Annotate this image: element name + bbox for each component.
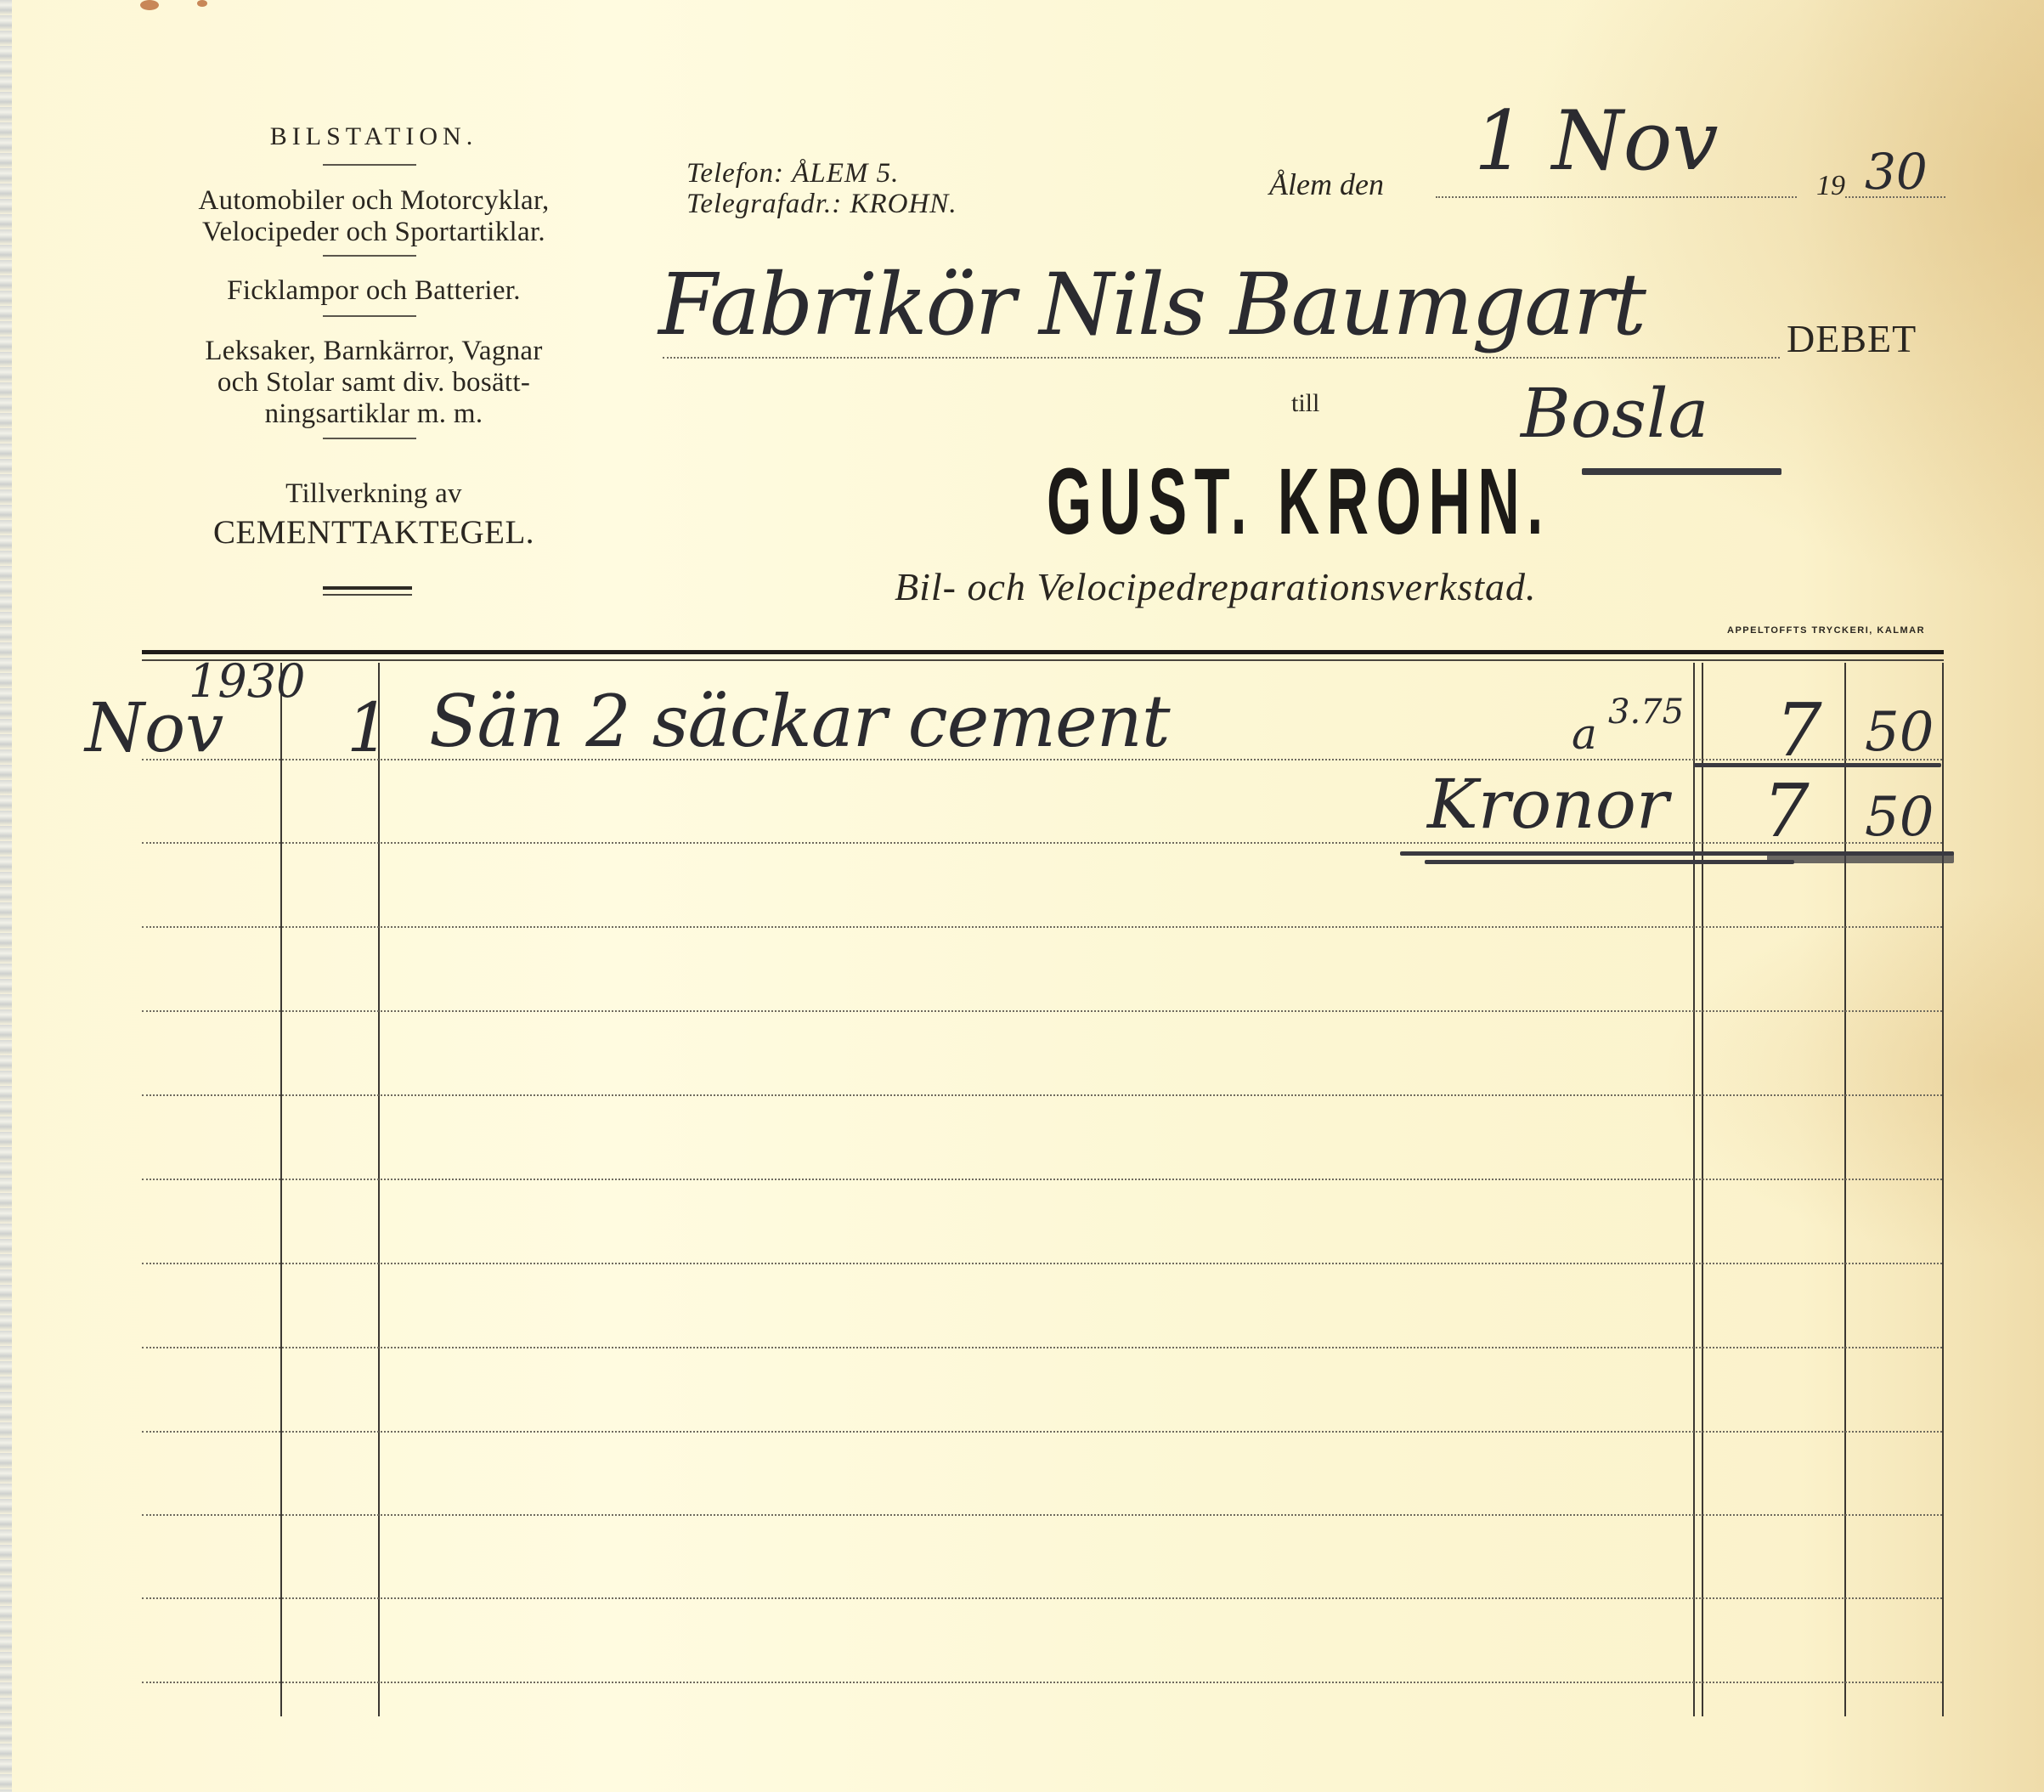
separator (323, 438, 416, 439)
company-subtitle: Bil- och Velocipedreparationsverkstad. (895, 564, 1537, 609)
ledger-row-line (142, 926, 1942, 928)
total-label-handwritten: Kronor (1427, 765, 1669, 844)
letterhead-left: BILSTATION. Automobiler och Motorcyklar,… (144, 0, 603, 612)
separator (323, 255, 416, 257)
torn-paper-edge (0, 0, 12, 1792)
ledger-row-line (142, 842, 1942, 844)
ledger-row-line (142, 1682, 1942, 1683)
column-divider-description-kronor (1693, 663, 1695, 1716)
unit-price: 3.75 (1608, 692, 1684, 732)
double-separator (323, 586, 412, 596)
total-ore: 50 (1865, 786, 1934, 849)
total-underline-2 (1425, 860, 1794, 864)
separator (323, 164, 416, 166)
ledger-row-line (142, 1514, 1942, 1516)
invoice-document: BILSTATION. Automobiler och Motorcyklar,… (0, 0, 2044, 1792)
amount-kronor: 7 (1776, 688, 1822, 773)
cementtaktegel-label: CEMENTTAKTEGEL. (144, 513, 603, 551)
ledger-row-line (142, 1010, 1942, 1012)
date-handwritten: 1 Nov (1474, 93, 1719, 189)
unit-price-prefix: a (1572, 709, 1597, 759)
ink-smudge (1767, 851, 1954, 863)
services-line: och Stolar samt div. bosätt- (144, 367, 603, 399)
services-line: Automobiler och Motorcyklar, (144, 185, 603, 217)
total-kronor: 7 (1763, 769, 1810, 854)
year-handwritten: 30 (1865, 143, 1928, 201)
month-handwritten: Nov (85, 688, 223, 767)
subtotal-underline (1694, 763, 1941, 767)
services-line: Leksaker, Barnkärror, Vagnar (144, 336, 603, 367)
column-divider-description-kronor-2 (1702, 663, 1703, 1716)
description-handwritten: Sän 2 säckar cement (429, 680, 1170, 763)
telegrafadr-text: Telegrafadr.: KROHN. (686, 189, 957, 220)
place-label: Ålem den (1269, 167, 1384, 202)
ledger-row-line (142, 1094, 1942, 1096)
column-divider-day-description (378, 663, 380, 1716)
ledger-row-line (142, 1179, 1942, 1180)
day-handwritten: 1 (347, 688, 390, 767)
column-divider-kronor-ore (1844, 663, 1846, 1716)
debet-label: DEBET (1787, 316, 1917, 361)
services-line: ningsartiklar m. m. (144, 399, 603, 430)
till-label: till (1291, 389, 1319, 418)
ledger-top-thin-rule (142, 659, 1944, 661)
recipient-dotted-line (663, 357, 1780, 359)
services-line: Velocipeder och Sportartiklar. (144, 217, 603, 248)
column-divider-right (1942, 663, 1944, 1716)
year-prefix: 19 (1816, 170, 1845, 202)
amount-ore: 50 (1865, 701, 1934, 764)
date-dotted-line (1436, 196, 1797, 198)
manufacturing-label: Tillverkning av (144, 478, 603, 510)
ledger-top-rule (142, 650, 1944, 654)
separator (323, 315, 416, 317)
recipient-name-handwritten: Fabrikör Nils Baumgart (658, 255, 1645, 354)
ledger-row-line (142, 1431, 1942, 1433)
location-underline (1582, 468, 1781, 475)
ledger-row-line (142, 1597, 1942, 1599)
company-name: GUST. KROHN. (1047, 448, 1550, 556)
services-line: Ficklampor och Batterier. (144, 275, 603, 307)
ledger-row-line (142, 1347, 1942, 1348)
column-divider-month-day (280, 663, 282, 1716)
printer-imprint: APPELTOFFTS TRYCKERI, KALMAR (1727, 625, 1925, 636)
recipient-location-handwritten: Bosla (1521, 374, 1708, 453)
ledger-row-line (142, 1263, 1942, 1264)
bilstation-title: BILSTATION. (144, 122, 603, 151)
telefon-text: Telefon: ÅLEM 5. (686, 158, 899, 189)
